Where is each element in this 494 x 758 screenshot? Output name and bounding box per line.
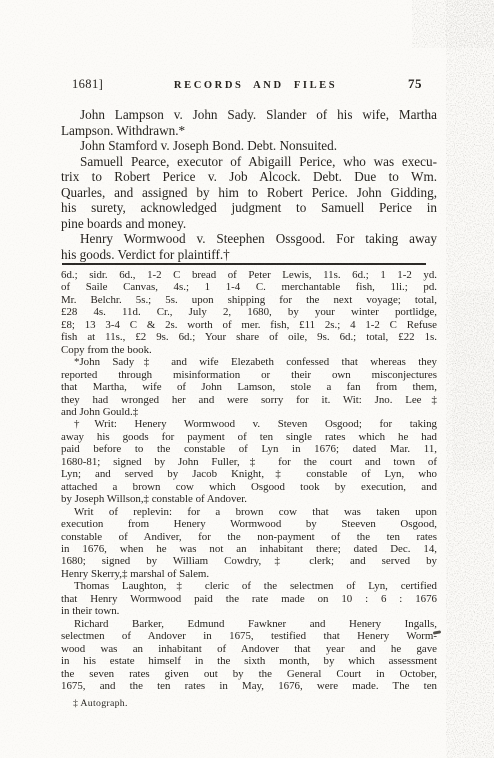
paragraph: John Stamford v. Joseph Bond. Debt. Nons… xyxy=(61,138,437,154)
text-line: Writ of replevin: for a brown cow that w… xyxy=(61,506,437,518)
text-line: that Martha, wife of John Lamson, stole … xyxy=(61,381,437,393)
text-line: attached a brown cow which Osgood took b… xyxy=(61,481,437,493)
text-line: Samuell Pearce, executor of Abigaill Per… xyxy=(61,154,437,170)
paragraph: Henry Wormwood v. Steephen Ossgood. For … xyxy=(61,231,437,262)
text-line: John Stamford v. Joseph Bond. Debt. Nons… xyxy=(61,138,437,154)
text-line: and John Gould.‡ xyxy=(61,406,437,418)
text-line: 1680; signed by William Cowdry,‡ clerk; … xyxy=(61,555,437,567)
header-page-number: 75 xyxy=(408,76,437,92)
ink-speck-artifact xyxy=(433,630,441,634)
text-line: *John Sady‡ and wife Elezabeth confessed… xyxy=(61,356,437,368)
text-line: pine boards and money. xyxy=(61,216,437,232)
text-line: in their town. xyxy=(61,605,437,617)
footnote-text: 6d.; sidr. 6d., 1-2 C bread of Peter Lew… xyxy=(61,269,437,692)
right-edge-noise-band xyxy=(446,0,494,758)
text-line: that Henry Wormwood paid the rate made o… xyxy=(61,593,437,605)
paragraph: 6d.; sidr. 6d., 1-2 C bread of Peter Lew… xyxy=(61,269,437,356)
main-record-text: John Lampson v. John Sady. Slander of hi… xyxy=(61,107,437,262)
text-line: Richard Barker, Edmund Fawkner and Hener… xyxy=(61,618,437,630)
text-line: his surety, acknowledged judgment to Sam… xyxy=(61,200,437,216)
right-mid-noise xyxy=(452,290,494,470)
paragraph: Samuell Pearce, executor of Abigaill Per… xyxy=(61,154,437,232)
paragraph: *John Sady‡ and wife Elezabeth confessed… xyxy=(61,356,437,418)
footnote-separator-rule xyxy=(62,263,426,265)
text-line: Henry Wormwood v. Steephen Ossgood. For … xyxy=(61,231,437,247)
text-line: by Joseph Willson,‡ constable of Andover… xyxy=(61,493,437,505)
text-line: 1680-81; signed by John Fuller,‡ for the… xyxy=(61,456,437,468)
text-line: his goods. Verdict for plaintiff.† xyxy=(61,247,437,263)
text-line: of Saile Canvas, 4s.; 1 1-4 C. merchanta… xyxy=(61,281,437,293)
text-line: wood was an inhabitant of Andover that y… xyxy=(61,643,437,655)
text-line: reported through misinformation or their… xyxy=(61,369,437,381)
text-line: selectmen of Andover in 1675, testified … xyxy=(61,630,437,642)
text-line: †Writ: Henery Wormwood v. Steven Osgood;… xyxy=(61,418,437,430)
top-right-corner-noise xyxy=(412,0,494,48)
text-line: Quarles, and assigned by him to Robert P… xyxy=(61,185,437,201)
header-running-title: RECORDS AND FILES xyxy=(103,80,408,91)
book-page-scan: 1681] RECORDS AND FILES 75 John Lampson … xyxy=(0,0,494,758)
paragraph: Richard Barker, Edmund Fawkner and Hener… xyxy=(61,618,437,693)
text-line: Lyn; and served by Jacob Knight,‡ consta… xyxy=(61,468,437,480)
text-line: in his estate himself in the sixth month… xyxy=(61,655,437,667)
text-line: the seven rates given out by the General… xyxy=(61,668,437,680)
text-line: 1675, and the ten rates in May, 1676, we… xyxy=(61,680,437,692)
page-header: 1681] RECORDS AND FILES 75 xyxy=(61,76,437,92)
text-line: £8; 13 3-4 C & 2s. worth of mer. fish, £… xyxy=(61,319,437,331)
text-line: Mr. Belchr. 5s.; 5s. upon shipping for t… xyxy=(61,294,437,306)
text-line: trix to Robert Perice v. Job Alcock. Deb… xyxy=(61,169,437,185)
text-line: they had wronged her and were sorry for … xyxy=(61,394,437,406)
text-line: 6d.; sidr. 6d., 1-2 C bread of Peter Lew… xyxy=(61,269,437,281)
paragraph: Writ of replevin: for a brown cow that w… xyxy=(61,506,437,581)
text-line: Thomas Laughton,‡ cleric of the selectme… xyxy=(61,580,437,592)
header-year-label: 1681] xyxy=(61,77,103,92)
autograph-footnote: ‡ Autograph. xyxy=(73,698,128,709)
text-line: in 1676, when he was not an inhabitant t… xyxy=(61,543,437,555)
text-line: fish at 11s., £2 9s. 6d.; Your share of … xyxy=(61,331,437,343)
paragraph: †Writ: Henery Wormwood v. Steven Osgood;… xyxy=(61,418,437,505)
text-line: paid before to the constable of Lyn in 1… xyxy=(61,443,437,455)
text-line: Copy from the book. xyxy=(61,344,437,356)
text-line: Henry Skerry,‡ marshal of Salem. xyxy=(61,568,437,580)
paragraph: Thomas Laughton,‡ cleric of the selectme… xyxy=(61,580,437,617)
text-line: Lampson. Withdrawn.* xyxy=(61,123,437,139)
text-line: £28 4s. 11d. Cr., July 2, 1680, by your … xyxy=(61,306,437,318)
text-line: John Lampson v. John Sady. Slander of hi… xyxy=(61,107,437,123)
paragraph: John Lampson v. John Sady. Slander of hi… xyxy=(61,107,437,138)
text-line: away his goods for payment of ten single… xyxy=(61,431,437,443)
text-line: constable of Andiver, for the non-paymen… xyxy=(61,531,437,543)
text-line: execution from Henery Wormwood by Steeve… xyxy=(61,518,437,530)
